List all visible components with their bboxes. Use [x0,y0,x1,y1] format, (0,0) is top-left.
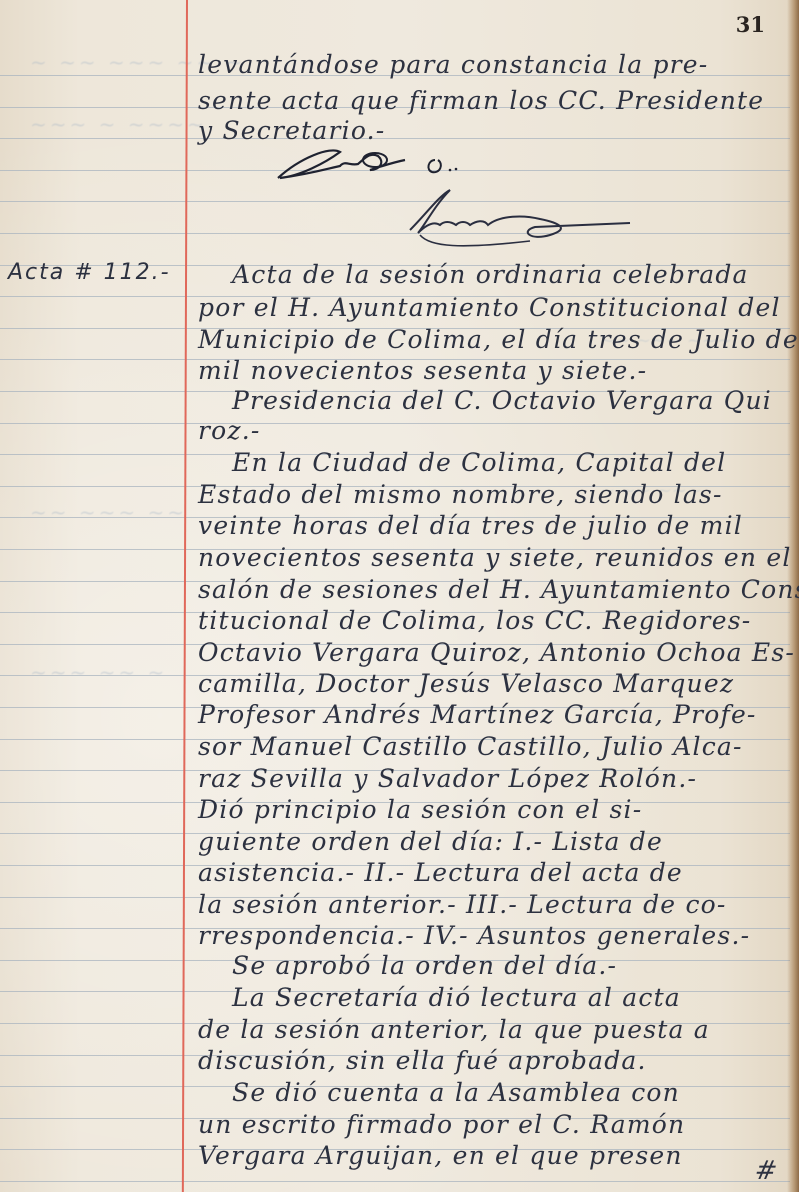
text-line: Estado del mismo nombre, siendo las- [198,482,723,507]
text-line: Municipio de Colima, el día tres de Juli… [198,327,799,352]
text-line: Presidencia del C. Octavio Vergara Qui [232,388,772,413]
signature-secretary [400,185,660,260]
bleed-through: ~~~ ~~ ~ [30,660,167,684]
bleed-through: ~~ ~~~ ~~ [30,500,187,524]
text-line: por el H. Ayuntamiento Constitucional de… [198,295,781,320]
text-line: La Secretaría dió lectura al acta [232,985,681,1010]
signature-president [270,138,470,188]
ruled-line [0,1181,790,1182]
text-line: un escrito firmado por el C. Ramón [198,1112,685,1137]
text-line: En la Ciudad de Colima, Capital del [232,450,726,475]
text-line: Profesor Andrés Martínez García, Profe- [198,702,757,727]
text-line: Octavio Vergara Quiroz, Antonio Ochoa Es… [198,640,795,665]
text-line: Se dió cuenta a la Asamblea con [232,1080,680,1105]
text-line: sente acta que firman los CC. Presidente [198,88,764,113]
ruled-line [0,233,790,234]
text-line: salón de sesiones del H. Ayuntamiento Co… [198,577,799,602]
text-line: Dió principio la sesión con el si- [198,797,642,822]
red-margin-line [182,0,188,1192]
text-line: Acta de la sesión ordinaria celebrada [232,262,749,287]
text-line: Se aprobó la orden del día.- [232,953,617,978]
ruled-line [0,201,790,202]
text-line: sor Manuel Castillo Castillo, Julio Alca… [198,734,743,759]
text-line: camilla, Doctor Jesús Velasco Marquez [198,671,734,696]
ledger-page: ~ ~~ ~~~ ~~ ~ ~~~ ~ ~~~~ ~~ ~~~ ~~ ~~~ ~… [0,0,799,1192]
text-line: novecientos sesenta y siete, reunidos en… [198,545,792,570]
text-line: discusión, sin ella fué aprobada. [198,1048,647,1073]
text-line: mil novecientos sesenta y siete.- [198,358,647,383]
text-line: guiente orden del día: I.- Lista de [198,829,663,854]
text-line: titucional de Colima, los CC. Regidores- [198,608,751,633]
text-line: raz Sevilla y Salvador López Rolón.- [198,766,697,791]
ruled-line [0,423,790,424]
text-line: Vergara Arguijan, en el que presen [198,1143,683,1168]
text-line: rrespondencia.- IV.- Asuntos generales.- [198,923,750,948]
text-line: roz.- [198,418,261,443]
margin-note-acta-number: Acta # 112.- [8,262,171,284]
text-line: levantándose para constancia la pre- [198,52,708,77]
text-line: la sesión anterior.- III.- Lectura de co… [198,892,727,917]
page-number: 31 [736,12,765,37]
bleed-through: ~~~ ~ ~~~~ [30,112,207,136]
text-line: veinte horas del día tres de julio de mi… [198,513,743,538]
text-line: asistencia.- II.- Lectura del acta de [198,860,683,885]
text-line: de la sesión anterior, la que puesta a [198,1017,710,1042]
